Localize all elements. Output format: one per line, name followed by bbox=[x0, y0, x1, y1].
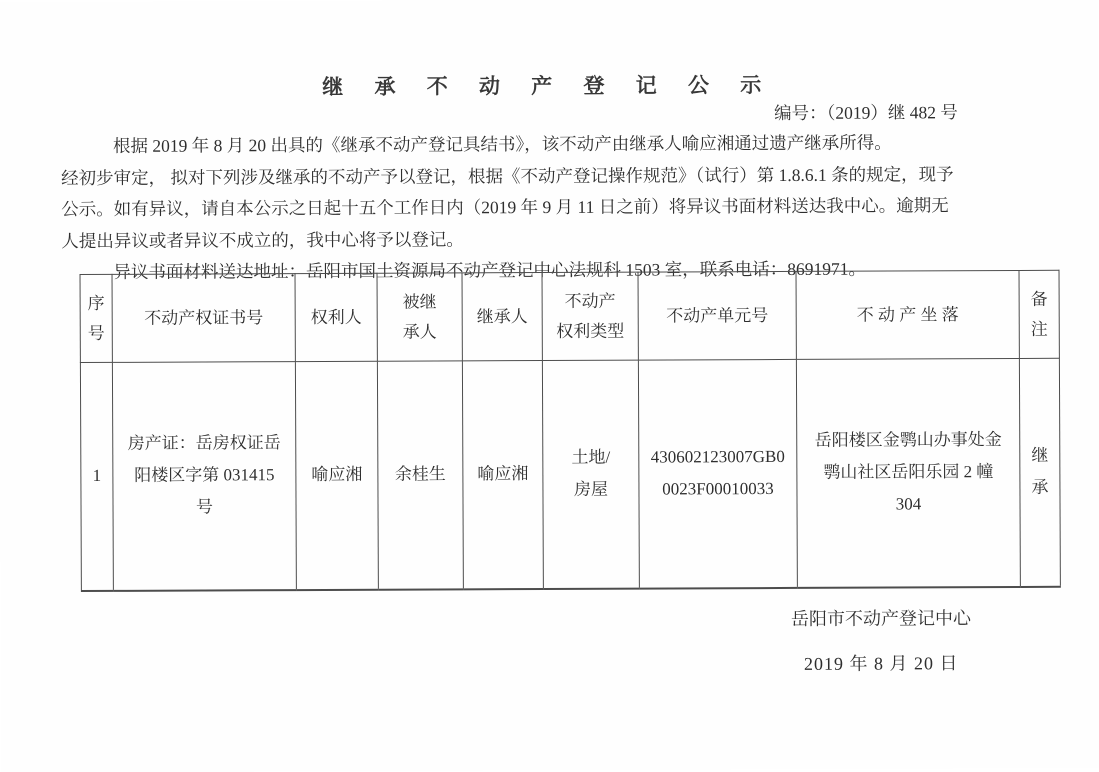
cell-cert-no: 房产证：岳房权证岳 阳楼区字第 031415 号 bbox=[112, 362, 296, 591]
header-remark: 备 注 bbox=[1019, 270, 1059, 358]
header-inheritor: 继承人 bbox=[462, 273, 542, 361]
cell-decedent: 余桂生 bbox=[377, 361, 463, 589]
cell-seq-no: 1 bbox=[80, 362, 113, 590]
document-title: 继 承 不 动 产 登 记 公 示 bbox=[0, 68, 1098, 103]
registry-table-wrapper: 序 号 不动产权证书号 权利人 被继 承人 继承人 不动产 权利类型 不动产单元… bbox=[80, 270, 1061, 592]
document-number: 编号：（2019）继 482 号 bbox=[774, 99, 958, 125]
scanned-document-sheet: 继 承 不 动 产 登 记 公 示 编号：（2019）继 482 号 根据 20… bbox=[0, 0, 1099, 770]
header-seq-no: 序 号 bbox=[80, 274, 112, 362]
cell-right-holder: 喻应湘 bbox=[295, 361, 378, 589]
issue-date: 2019 年 8 月 20 日 bbox=[681, 649, 1081, 677]
header-decedent: 被继 承人 bbox=[377, 273, 462, 361]
header-cert-no: 不动产权证书号 bbox=[112, 274, 295, 363]
header-unit-no: 不动产单元号 bbox=[638, 271, 796, 360]
signature-block: 岳阳市不动产登记中心 2019 年 8 月 20 日 bbox=[681, 604, 1081, 677]
notice-line-4: 人提出异议或者异议不成立的，我中心将予以登记。 bbox=[61, 221, 1071, 257]
cell-unit-no: 430602123007GB0 0023F00010033 bbox=[638, 359, 797, 588]
table-data-row: 1 房产证：岳房权证岳 阳楼区字第 031415 号 喻应湘 余桂生 喻应湘 土… bbox=[80, 358, 1060, 590]
registry-table: 序 号 不动产权证书号 权利人 被继 承人 继承人 不动产 权利类型 不动产单元… bbox=[80, 270, 1061, 592]
notice-body: 根据 2019 年 8 月 20 出具的《继承不动产登记具结书》，该不动产由继承… bbox=[61, 127, 1072, 289]
cell-inheritor: 喻应湘 bbox=[462, 361, 543, 589]
header-right-type: 不动产 权利类型 bbox=[542, 272, 638, 360]
issuing-organization: 岳阳市不动产登记中心 bbox=[681, 604, 1081, 632]
header-location: 不 动 产 坐 落 bbox=[796, 270, 1019, 359]
cell-location: 岳阳楼区金鹗山办事处金 鹗山社区岳阳乐园 2 幢 304 bbox=[796, 358, 1020, 587]
header-right-holder: 权利人 bbox=[295, 273, 377, 361]
notice-line-2: 经初步审定， 拟对下列涉及继承的不动产予以登记，根据《不动产登记操作规范》（试行… bbox=[61, 158, 1071, 194]
notice-line-3: 公示。如有异议，请自本公示之日起十五个工作日内（2019 年 9 月 11 日之… bbox=[61, 190, 1071, 226]
notice-line-1: 根据 2019 年 8 月 20 出具的《继承不动产登记具结书》，该不动产由继承… bbox=[61, 127, 1071, 163]
cell-remark: 继 承 bbox=[1019, 358, 1060, 586]
table-header-row: 序 号 不动产权证书号 权利人 被继 承人 继承人 不动产 权利类型 不动产单元… bbox=[80, 270, 1059, 362]
cell-right-type: 土地/ 房屋 bbox=[542, 360, 639, 588]
